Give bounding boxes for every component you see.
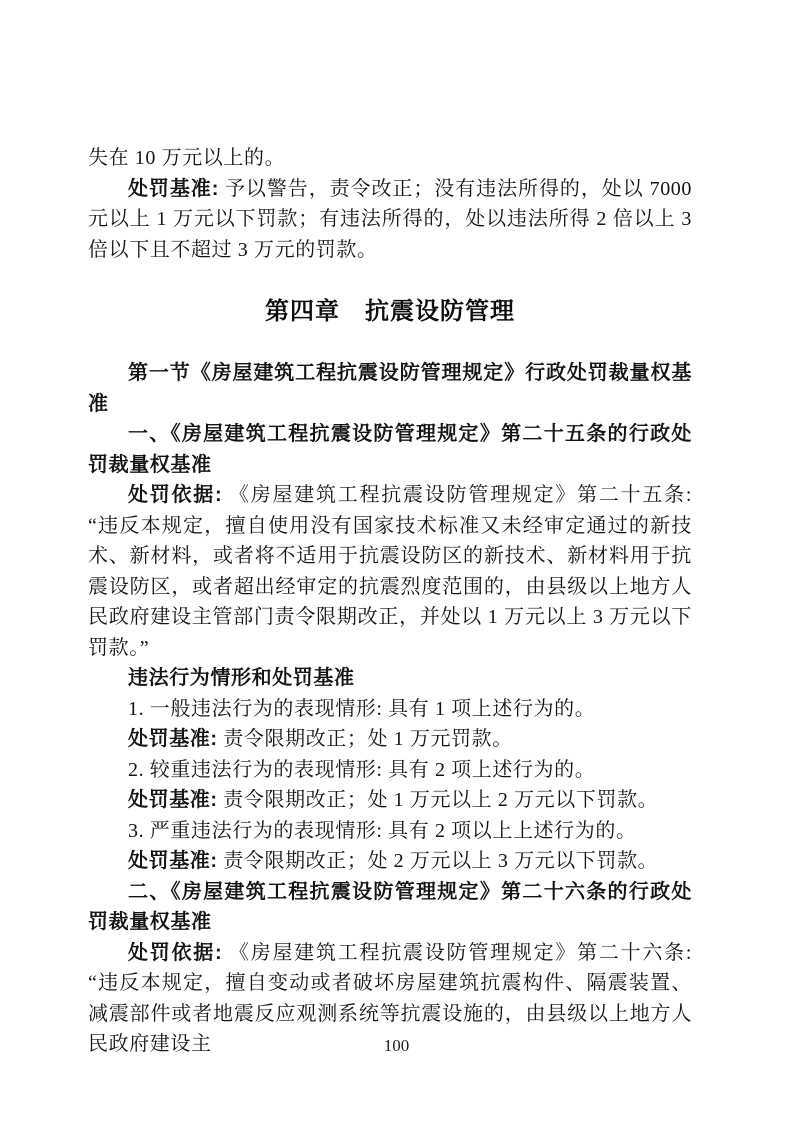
penalty-basis-label: 处罚基准:	[128, 178, 219, 200]
violation-cases-heading: 违法行为情形和处罚基准	[88, 663, 692, 694]
penalty-basis-source-label: 处罚依据:	[128, 942, 222, 964]
article-26-heading: 二、《房屋建筑工程抗震设防管理规定》第二十六条的行政处罚裁量权基准	[88, 877, 692, 938]
penalty-basis-label: 处罚基准:	[128, 728, 218, 750]
penalty-basis-source-label: 处罚依据:	[128, 484, 222, 506]
article-25-basis-text: 《房屋建筑工程抗震设防管理规定》第二十五条: “违反本规定，擅自使用没有国家技术…	[88, 484, 692, 659]
article-25-heading: 一、《房屋建筑工程抗震设防管理规定》第二十五条的行政处罚裁量权基准	[88, 419, 692, 480]
article-25-basis-paragraph: 处罚依据: 《房屋建筑工程抗震设防管理规定》第二十五条: “违反本规定，擅自使用…	[88, 480, 692, 663]
violation-case-2: 2. 较重违法行为的表现情形: 具有 2 项上述行为的。	[88, 755, 692, 786]
violation-case-1: 1. 一般违法行为的表现情形: 具有 1 项上述行为的。	[88, 694, 692, 725]
paragraph-continuation: 失在 10 万元以上的。	[88, 143, 692, 174]
penalty-basis-paragraph: 处罚基准: 予以警告，责令改正；没有违法所得的，处以 7000 元以上 1 万元…	[88, 174, 692, 266]
document-page: 失在 10 万元以上的。 处罚基准: 予以警告，责令改正；没有违法所得的，处以 …	[0, 0, 793, 1122]
page-number: 100	[0, 1036, 793, 1056]
section-heading: 第一节《房屋建筑工程抗震设防管理规定》行政处罚裁量权基准	[88, 358, 692, 419]
penalty-basis-label: 处罚基准:	[128, 850, 218, 872]
chapter-heading: 第四章 抗震设防管理	[88, 297, 692, 327]
violation-case-3: 3. 严重违法行为的表现情形: 具有 2 项以上上述行为的。	[88, 816, 692, 847]
penalty-basis-label: 处罚基准:	[128, 789, 218, 811]
violation-case-1-penalty: 处罚基准: 责令限期改正；处 1 万元罚款。	[88, 724, 692, 755]
violation-case-2-penalty: 处罚基准: 责令限期改正；处 1 万元以上 2 万元以下罚款。	[88, 785, 692, 816]
penalty-text: 责令限期改正；处 1 万元以上 2 万元以下罚款。	[218, 789, 659, 811]
penalty-text: 责令限期改正；处 1 万元罚款。	[218, 728, 513, 750]
penalty-text: 责令限期改正；处 2 万元以上 3 万元以下罚款。	[218, 850, 659, 872]
violation-case-3-penalty: 处罚基准: 责令限期改正；处 2 万元以上 3 万元以下罚款。	[88, 846, 692, 877]
